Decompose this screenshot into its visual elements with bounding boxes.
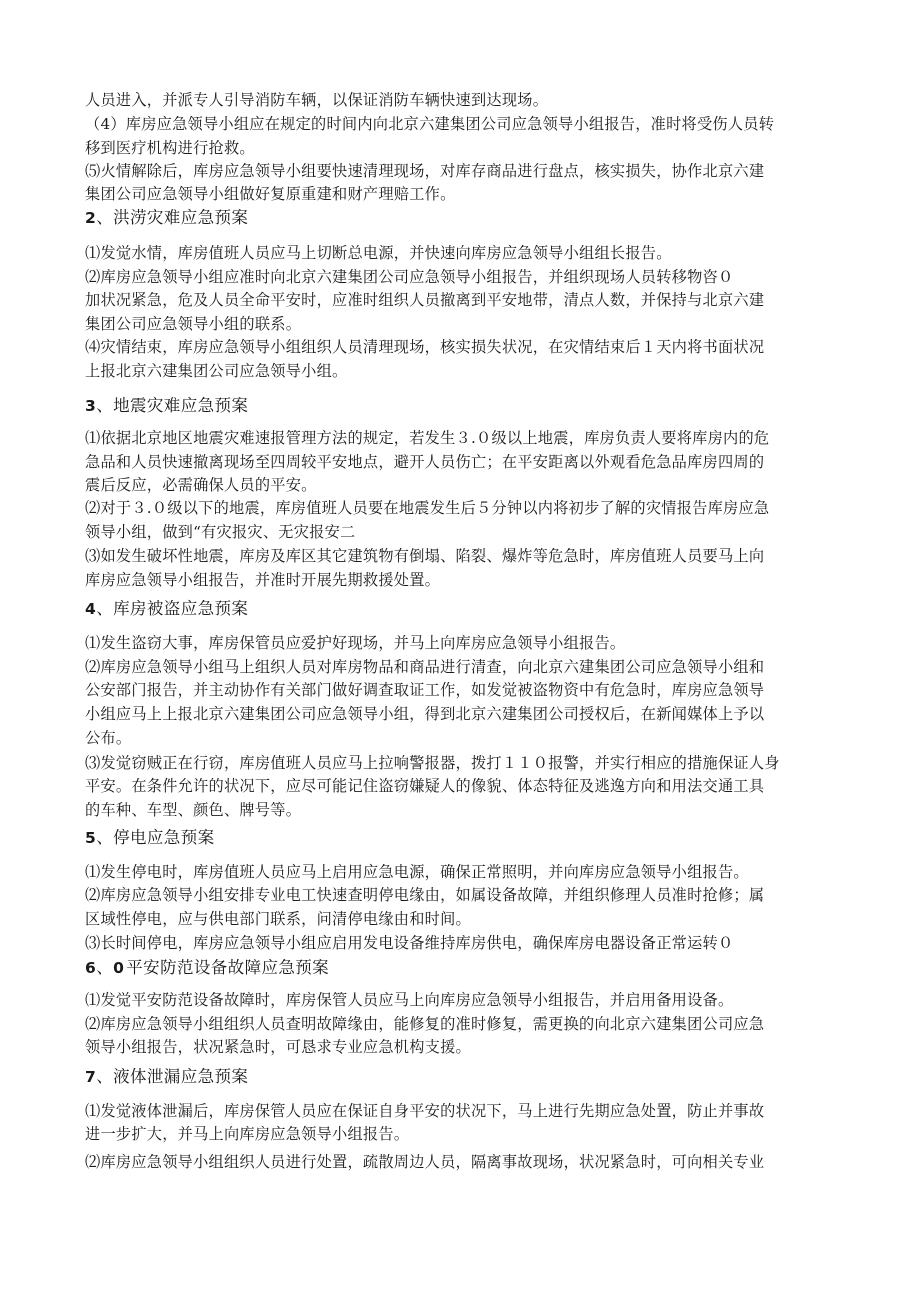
document-page: 人员进入，并派专人引导消防车辆，以保证消防车辆快速到达现场。 （4）库房应急领导… bbox=[0, 0, 920, 1301]
body-line: 进一步扩大，并马上向库房应急领导小组报告。 bbox=[85, 1122, 837, 1146]
body-line: ⑵库房应急领导小组组织人员查明故障缘由，能修复的准时修复，需更换的向北京六建集团… bbox=[85, 1012, 837, 1036]
body-line: ⑵对于３.０级以下的地震，库房值班人员要在地震发生后５分钟以内将初步了解的灾情报… bbox=[85, 496, 837, 520]
body-line: 集团公司应急领导小组的联系。 bbox=[85, 312, 837, 336]
section-heading-2: 2、洪涝灾难应急预案 bbox=[85, 206, 837, 230]
body-line: 区域性停电，应与供电部门联系，问清停电缘由和时间。 bbox=[85, 907, 837, 931]
body-line: 加状况紧急，危及人员全命平安时，应准时组织人员撤离到平安地带，清点人数，并保持与… bbox=[85, 288, 837, 312]
body-line: ⑴发觉液体泄漏后，库房保管人员应在保证自身平安的状况下，马上进行先期应急处置，防… bbox=[85, 1099, 837, 1123]
section-heading-7: 7、液体泄漏应急预案 bbox=[85, 1065, 837, 1089]
section-number: 6 bbox=[85, 959, 96, 977]
section-separator: 、 bbox=[96, 1067, 113, 1086]
body-line: 公布。 bbox=[85, 726, 837, 750]
body-line: ⑴依据北京地区地震灾难速报管理方法的规定，若发生３.０级以上地震，库房负责人要将… bbox=[85, 426, 837, 450]
section-number: 7 bbox=[85, 1068, 96, 1086]
body-line: 人员进入，并派专人引导消防车辆，以保证消防车辆快速到达现场。 bbox=[85, 88, 837, 112]
body-line: （4）库房应急领导小组应在规定的时间内向北京六建集团公司应急领导小组报告，准时将… bbox=[85, 112, 837, 136]
section-number: 2 bbox=[85, 209, 96, 227]
section-heading-3: 3、地震灾难应急预案 bbox=[85, 394, 837, 418]
section-title: 洪涝灾难应急预案 bbox=[113, 208, 248, 227]
body-line: ⑸火情解除后，库房应急领导小组要快速清理现场，对库存商品进行盘点，核实损失，协作… bbox=[85, 159, 837, 183]
section-separator: 、 bbox=[96, 396, 113, 415]
body-line: ⑵库房应急领导小组组织人员进行处置，疏散周边人员，隔离事故现场，状况紧急时，可向… bbox=[85, 1150, 837, 1174]
section-title: 平安防范设备故障应急预案 bbox=[126, 958, 329, 977]
body-line: ⑴发觉平安防范设备故障时，库房保管人员应马上向库房应急领导小组报告，并启用备用设… bbox=[85, 988, 837, 1012]
body-line: 库房应急领导小组报告，并准时开展先期救援处置。 bbox=[85, 568, 837, 592]
body-line: 平安。在条件允许的状况下，应尽可能记住盗窃嫌疑人的像貌、体态特征及逃逸方向和用法… bbox=[85, 774, 837, 798]
section-number: 4 bbox=[85, 600, 96, 618]
section-separator: 、 bbox=[96, 958, 113, 977]
body-line: 小组应马上上报北京六建集团公司应急领导小组，得到北京六建集团公司授权后，在新闻媒… bbox=[85, 702, 837, 726]
body-line: 领导小组报告，状况紧急时，可恳求专业应急机构支援。 bbox=[85, 1035, 837, 1059]
section-number: 5 bbox=[85, 829, 96, 847]
body-line: ⑶如发生破坏性地震，库房及库区其它建筑物有倒塌、陷裂、爆炸等危急时，库房值班人员… bbox=[85, 544, 837, 568]
body-line: 急品和人员快速撤离现场至四周较平安地点，避开人员伤亡；在平安距离以外观看危急品库… bbox=[85, 450, 837, 474]
body-line: 公安部门报告，并主动协作有关部门做好调查取证工作，如发觉被盗物资中有危急时，库房… bbox=[85, 678, 837, 702]
body-line: 的车种、车型、颜色、牌号等。 bbox=[85, 798, 837, 822]
section-title: 地震灾难应急预案 bbox=[113, 396, 248, 415]
section-number: 3 bbox=[85, 397, 96, 415]
section-separator: 、 bbox=[96, 828, 113, 847]
section-prefix: 0 bbox=[113, 959, 124, 977]
section-heading-4: 4、库房被盗应急预案 bbox=[85, 597, 837, 621]
section-heading-5: 5、停电应急预案 bbox=[85, 826, 837, 850]
body-line: 集团公司应急领导小组做好复原重建和财产理赔工作。 bbox=[85, 182, 837, 206]
section-title: 停电应急预案 bbox=[113, 828, 214, 847]
body-line: 震后反应，必需确保人员的平安。 bbox=[85, 473, 837, 497]
body-line: ⑶发觉窃贼正在行窃，库房值班人员应马上拉响警报器，拨打１１０报警，并实行相应的措… bbox=[85, 751, 837, 775]
body-line: ⑴发觉水情，库房值班人员应马上切断总电源，并快速向库房应急领导小组组长报告。 bbox=[85, 241, 837, 265]
section-separator: 、 bbox=[96, 599, 113, 618]
section-title: 液体泄漏应急预案 bbox=[113, 1067, 248, 1086]
body-line: ⑴发生停电时，库房值班人员应马上启用应急电源，确保正常照明，并向库房应急领导小组… bbox=[85, 860, 837, 884]
section-title: 库房被盗应急预案 bbox=[113, 599, 248, 618]
body-line: ⑵库房应急领导小组安排专业电工快速查明停电缘由，如属设备故障，并组织修理人员准时… bbox=[85, 883, 837, 907]
body-line: ⑶长时间停电，库房应急领导小组应启用发电设备维持库房供电，确保库房电器设备正常运… bbox=[85, 931, 837, 955]
body-line: 上报北京六建集团公司应急领导小组。 bbox=[85, 359, 837, 383]
body-line: ⑷灾情结束，库房应急领导小组组织人员清理现场，核实损失状况，在灾情结束后１天内将… bbox=[85, 335, 837, 359]
body-line: ⑴发生盗窃大事，库房保管员应爱护好现场，并马上向库房应急领导小组报告。 bbox=[85, 631, 837, 655]
body-line: ⑵库房应急领导小组应准时向北京六建集团公司应急领导小组报告，并组织现场人员转移物… bbox=[85, 265, 837, 289]
body-line: ⑵库房应急领导小组马上组织人员对库房物品和商品进行清查，向北京六建集团公司应急领… bbox=[85, 655, 837, 679]
section-heading-6: 6、0平安防范设备故障应急预案 bbox=[85, 956, 837, 980]
body-line: 移到医疗机构进行抢救。 bbox=[85, 136, 837, 160]
section-separator: 、 bbox=[96, 208, 113, 227]
body-line: 领导小组，做到“有灾报灾、无灾报安二 bbox=[85, 520, 837, 544]
